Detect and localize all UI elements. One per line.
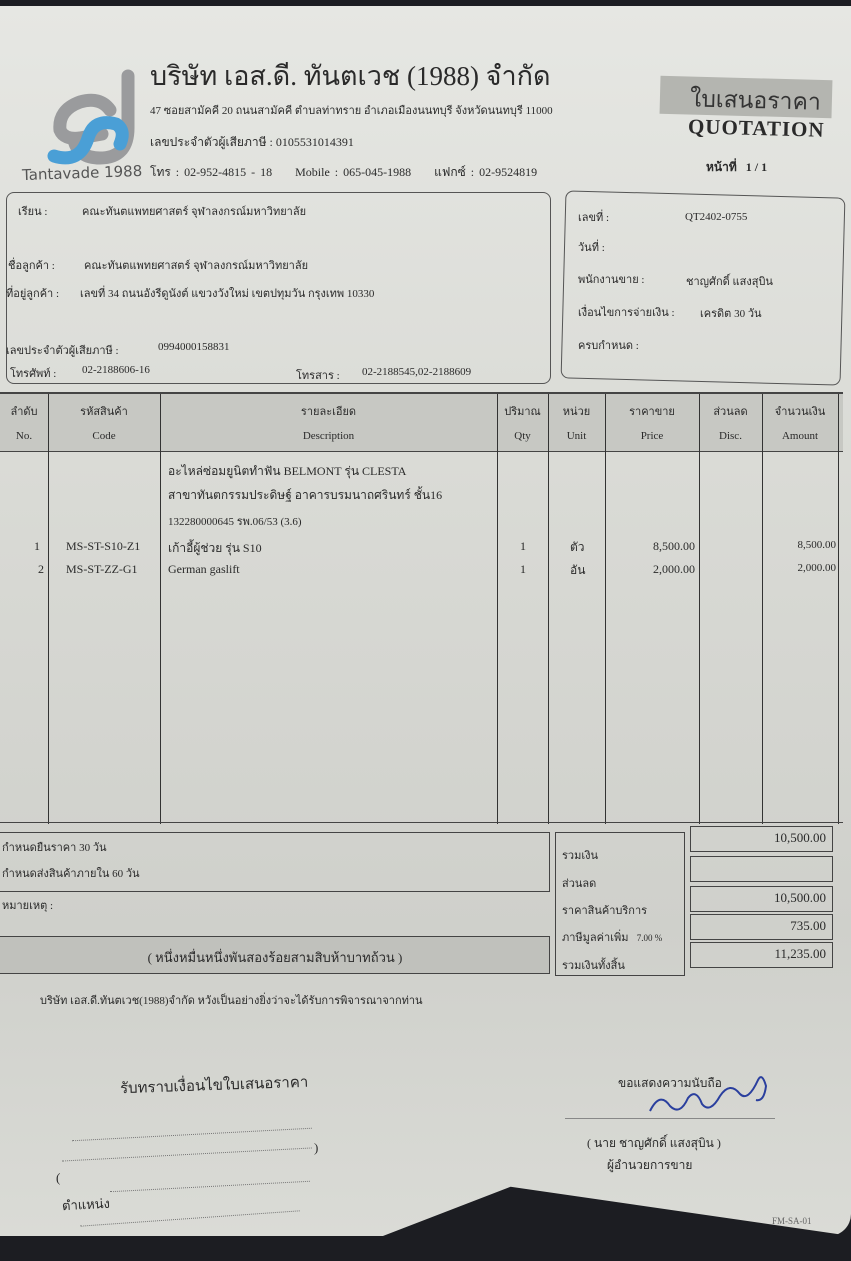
net-value: 10,500.00 <box>690 886 833 912</box>
tax-id-value: 0105531014391 <box>276 135 354 149</box>
salesperson-name: ชาญศักดิ์ แสงสุบิน <box>686 272 773 290</box>
customer-address-label: ที่อยู่ลูกค้า : <box>6 284 59 302</box>
tax-id-label: เลขประจำตัวผู้เสียภาษี : <box>150 135 273 149</box>
salesman-name: ( นาย ชาญศักดิ์ แสงสุบิน ) <box>587 1134 721 1153</box>
col-header-amount: จำนวนเงินAmount <box>762 400 838 448</box>
signature-icon <box>640 1066 780 1126</box>
row-unit: ตัว <box>570 538 585 557</box>
company-contact: โทร : 02-952-4815 - 18 Mobile : 065-045-… <box>150 163 555 182</box>
customer-fax: 02-2188545,02-2188609 <box>362 366 471 378</box>
grand-total-value: 11,235.00 <box>690 942 833 968</box>
customer-tax-id-label: เลขประจำตัวผู้เสียภาษี : <box>6 341 119 359</box>
col-header-code: รหัสสินค้าCode <box>48 400 160 448</box>
logo-text: Tantavade 1988 <box>22 162 143 184</box>
preamble-line: อะไหล่ซ่อมยูนิตทำฟัน BELMONT รุ่น CLESTA <box>168 462 406 481</box>
row-amount: 8,500.00 <box>762 539 836 551</box>
doc-number: QT2402-0755 <box>685 211 747 223</box>
company-tax-id: เลขประจำตัวผู้เสียภาษี : 0105531014391 <box>150 133 354 152</box>
row-amount: 2,000.00 <box>762 562 836 574</box>
company-fax: แฟกซ์ : 02-9524819 <box>434 165 537 179</box>
row-no: 2 <box>38 562 44 577</box>
payment-terms: เครดิต 30 วัน <box>700 304 762 322</box>
row-unit: อัน <box>570 561 585 580</box>
subtotal-label: รวมเงิน <box>562 846 598 864</box>
closing-note: บริษัท เอส.ดี.ทันตเวช(1988)จำกัด หวังเป็… <box>40 991 423 1009</box>
vat-label: ภาษีมูลค่าเพิ่ม 7.00 % <box>562 928 662 946</box>
customer-phone: 02-2188606-16 <box>82 364 150 376</box>
salesman-signature-line <box>565 1118 775 1119</box>
col-header-price: ราคาขายPrice <box>605 400 699 448</box>
row-code: MS-ST-S10-Z1 <box>66 539 140 554</box>
attention-label: เรียน : <box>18 202 47 220</box>
col-header-qty: ปริมาณQty <box>497 400 548 448</box>
form-code: FM-SA-01 <box>772 1216 812 1226</box>
row-description: เก้าอี้ผู้ช่วย รุ่น S10 <box>168 539 262 558</box>
attention-value: คณะทันตแพทยศาสตร์ จุฬาลงกรณ์มหาวิทยาลัย <box>82 202 306 220</box>
vat-value: 735.00 <box>690 914 833 940</box>
total-label: รวมเงินทั้งสิ้น <box>562 956 625 974</box>
company-phone: โทร : 02-952-4815 - 18 <box>150 165 272 179</box>
customer-tax-id: 0994000158831 <box>158 341 230 353</box>
position-label: ตำแหน่ง <box>61 1193 110 1216</box>
remark-label: หมายเหตุ : <box>2 896 53 914</box>
doc-date-label: วันที่ : <box>578 238 605 256</box>
quotation-document: Tantavade 1988 บริษัท เอส.ดี. ทันตเวช (1… <box>0 6 851 1236</box>
signature-line <box>72 1128 312 1142</box>
row-code: MS-ST-ZZ-G1 <box>66 562 138 577</box>
salesman-role: ผู้อำนวยการขาย <box>607 1156 692 1175</box>
due-date-label: ครบกำหนด : <box>578 336 639 354</box>
preamble-line: 132280000645 รพ.06/53 (3.6) <box>168 512 302 530</box>
subtotal-value: 10,500.00 <box>690 826 833 852</box>
doc-type-english: QUOTATION <box>688 114 825 143</box>
amount-in-words: ( หนึ่งหมื่นหนึ่งพันสองร้อยสามสิบห้าบาทถ… <box>0 947 550 968</box>
col-header-unit: หน่วยUnit <box>548 400 605 448</box>
customer-address: เลขที่ 34 ถนนอังรีดูนังต์ แขวงวังใหม่ เข… <box>80 284 374 302</box>
discount-value <box>690 856 833 882</box>
acknowledge-heading: รับทราบเงื่อนไขใบเสนอราคา <box>120 1070 309 1101</box>
company-address: 47 ซอยสามัคคี 20 ถนนสามัคคี ตำบลท่าทราย … <box>150 101 553 119</box>
col-header-disc: ส่วนลดDisc. <box>699 400 762 448</box>
col-header-no: ลำดับNo. <box>0 400 48 448</box>
row-qty: 1 <box>520 562 526 577</box>
col-header-description: รายละเอียดDescription <box>160 400 497 448</box>
doc-number-label: เลขที่ : <box>578 208 609 226</box>
row-no: 1 <box>34 539 40 554</box>
print-code: 2101 10.15 <box>14 1253 55 1261</box>
row-qty: 1 <box>520 539 526 554</box>
customer-name: คณะทันตแพทยศาสตร์ จุฬาลงกรณ์มหาวิทยาลัย <box>84 256 308 274</box>
position-line <box>110 1181 310 1192</box>
customer-name-label: ชื่อลูกค้า : <box>8 256 55 274</box>
row-price: 8,500.00 <box>605 539 695 554</box>
salesperson-label: พนักงานขาย : <box>578 270 644 288</box>
vat-rate: 7.00 % <box>637 933 663 943</box>
delivery-terms: กำหนดส่งสินค้าภายใน 60 วัน <box>2 864 140 882</box>
page-number: หน้าที่ 1 / 1 <box>706 158 767 177</box>
customer-phone-label: โทรศัพท์ : <box>10 364 56 382</box>
customer-fax-label: โทรสาร : <box>296 366 340 384</box>
price-validity: กำหนดยืนราคา 30 วัน <box>2 838 107 856</box>
name-line <box>62 1147 312 1161</box>
preamble-line: สาขาทันตกรรมประดิษฐ์ อาคารบรมนาถศรินทร์ … <box>168 486 442 505</box>
row-description: German gaslift <box>168 562 240 577</box>
company-mobile: Mobile : 065-045-1988 <box>295 165 411 179</box>
discount-label: ส่วนลด <box>562 874 596 892</box>
vat-label-text: ภาษีมูลค่าเพิ่ม <box>562 932 628 944</box>
company-logo-icon <box>40 68 140 168</box>
date-line <box>80 1210 300 1226</box>
page-value: 1 / 1 <box>746 160 767 174</box>
payment-terms-label: เงื่อนไขการจ่ายเงิน : <box>578 303 675 321</box>
row-price: 2,000.00 <box>605 562 695 577</box>
net-label: ราคาสินค้าบริการ <box>562 901 647 919</box>
page-label: หน้าที่ <box>706 160 737 174</box>
company-name: บริษัท เอส.ดี. ทันตเวช (1988) จำกัด <box>150 54 551 97</box>
items-table: ลำดับNo. รหัสสินค้าCode รายละเอียดDescri… <box>0 392 843 822</box>
